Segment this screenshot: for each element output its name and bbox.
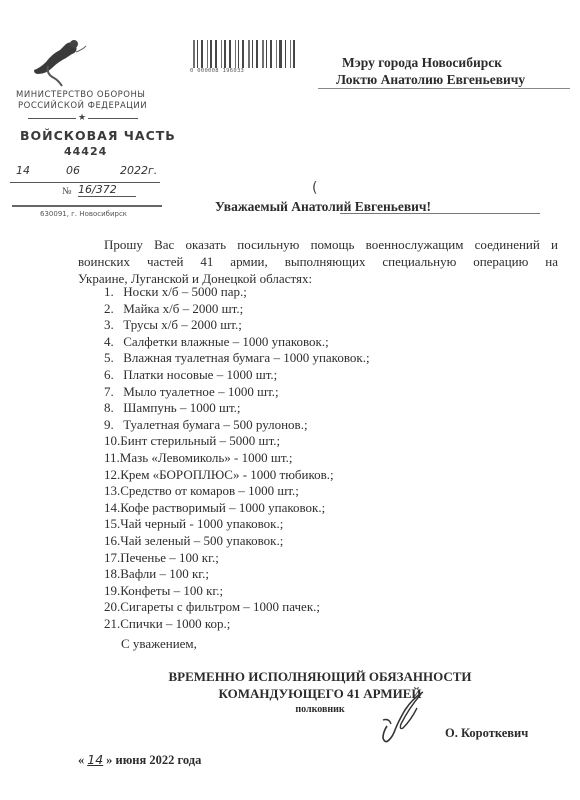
double-headed-eagle-emblem-icon [18, 38, 88, 90]
military-unit-title: ВОЙСКОВАЯ ЧАСТЬ [20, 128, 176, 143]
list-item-text: Мазь «Левомиколь» - 1000 шт.; [120, 450, 293, 465]
list-item-number: 21. [104, 616, 120, 633]
ministry-line-2: РОССИЙСКОЙ ФЕДЕРАЦИИ [18, 101, 147, 111]
list-item-number: 10. [104, 433, 120, 450]
ministry-line-1: МИНИСТЕРСТВО ОБОРОНЫ [16, 90, 145, 100]
signer-rank: полковник [80, 704, 560, 715]
list-item-number: 18. [104, 566, 120, 583]
stamp-date-month: 06 [66, 164, 80, 177]
list-item: 19.Конфеты – 100 кг.; [104, 583, 370, 600]
list-item-number: 3. [104, 317, 120, 334]
list-item-number: 8. [104, 400, 120, 417]
list-item-text: Чай зеленый – 500 упаковок.; [120, 533, 283, 548]
list-item-text: Вафли – 100 кг.; [120, 566, 209, 581]
handwritten-mark: ( [312, 180, 317, 196]
list-item-number: 7. [104, 384, 120, 401]
addressee-line-2: Локтю Анатолию Евгеньевичу [336, 71, 525, 88]
signer-name: О. Короткевич [445, 726, 528, 741]
postal-address: 630091, г. Новосибирск [40, 210, 127, 218]
signer-title: ВРЕМЕННО ИСПОЛНЯЮЩИЙ ОБЯЗАННОСТИ КОМАНДУ… [80, 668, 560, 702]
list-item-text: Конфеты – 100 кг.; [120, 583, 223, 598]
list-item: 14.Кофе растворимый – 1000 упаковок.; [104, 500, 370, 517]
stamp-bottom-rule [12, 205, 162, 207]
list-item-number: 13. [104, 483, 120, 500]
list-item-number: 20. [104, 599, 120, 616]
military-unit-number: 44424 [64, 145, 107, 158]
list-item-text: Туалетная бумага – 500 рулонов.; [123, 417, 307, 432]
list-item: 8. Шампунь – 1000 шт.; [104, 400, 370, 417]
handwritten-signature-icon [365, 690, 425, 752]
list-item-text: Шампунь – 1000 шт.; [123, 400, 240, 415]
closing-date: «14» июня 2022 года [78, 752, 201, 768]
registration-number: 16/372 [78, 183, 136, 197]
list-item: 10.Бинт стерильный – 5000 шт.; [104, 433, 370, 450]
signer-title-line-2: КОМАНДУЮЩЕГО 41 АРМИЕЙ [80, 685, 560, 702]
list-item: 17.Печенье – 100 кг.; [104, 550, 370, 567]
salutation-underline [340, 213, 540, 214]
list-item-number: 14. [104, 500, 120, 517]
list-item: 18.Вафли – 100 кг.; [104, 566, 370, 583]
list-item: 9. Туалетная бумага – 500 рулонов.; [104, 417, 370, 434]
list-item-number: 16. [104, 533, 120, 550]
list-item-text: Салфетки влажные – 1000 упаковок.; [123, 334, 328, 349]
list-item: 16.Чай зеленый – 500 упаковок.; [104, 533, 370, 550]
list-item: 21.Спички – 1000 кор.; [104, 616, 370, 633]
list-item: 20.Сигареты с фильтром – 1000 пачек.; [104, 599, 370, 616]
list-item-text: Сигареты с фильтром – 1000 пачек.; [120, 599, 320, 614]
request-list: 1. Носки х/б – 5000 пар.;2. Майка х/б – … [104, 284, 370, 632]
list-item-number: 12. [104, 467, 120, 484]
list-item-text: Чай черный - 1000 упаковок.; [120, 516, 283, 531]
addressee-block: Мэру города Новосибирск Локтю Анатолию Е… [336, 54, 525, 88]
list-item-number: 15. [104, 516, 120, 533]
closing-date-rest: » июня 2022 года [106, 753, 201, 767]
body-line-1: Прошу Вас оказать посильную помощь военн… [78, 236, 558, 253]
list-item-number: 6. [104, 367, 120, 384]
list-item-number: 2. [104, 301, 120, 318]
list-item: 11.Мазь «Левомиколь» - 1000 шт.; [104, 450, 370, 467]
closing-date-day: 14 [84, 752, 106, 767]
list-item-number: 1. [104, 284, 120, 301]
list-item-text: Средство от комаров – 1000 шт.; [120, 483, 299, 498]
list-item-text: Трусы х/б – 2000 шт.; [123, 317, 242, 332]
list-item: 15.Чай черный - 1000 упаковок.; [104, 516, 370, 533]
addressee-underline [318, 88, 570, 89]
registration-number-label: № [62, 186, 72, 197]
star-icon: ★ [76, 112, 88, 123]
list-item: 13.Средство от комаров – 1000 шт.; [104, 483, 370, 500]
list-item: 6. Платки носовые – 1000 шт.; [104, 367, 370, 384]
list-item: 5. Влажная туалетная бумага – 1000 упако… [104, 350, 370, 367]
regards: С уважением, [121, 636, 197, 652]
list-item-text: Влажная туалетная бумага – 1000 упаковок… [123, 350, 369, 365]
list-item-text: Печенье – 100 кг.; [120, 550, 219, 565]
list-item: 3. Трусы х/б – 2000 шт.; [104, 317, 370, 334]
letter-body: Прошу Вас оказать посильную помощь военн… [78, 236, 558, 287]
list-item-text: Бинт стерильный – 5000 шт.; [120, 433, 280, 448]
list-item-text: Носки х/б – 5000 пар.; [123, 284, 247, 299]
list-item: 1. Носки х/б – 5000 пар.; [104, 284, 370, 301]
list-item-number: 19. [104, 583, 120, 600]
list-item-text: Крем «БОРОПЛЮС» - 1000 тюбиков.; [120, 467, 333, 482]
signer-title-line-1: ВРЕМЕННО ИСПОЛНЯЮЩИЙ ОБЯЗАННОСТИ [80, 668, 560, 685]
stamp-date-year: 2022г. [120, 164, 157, 177]
barcode-digits: 0 000008 196033 [190, 68, 244, 74]
list-item: 7. Мыло туалетное – 1000 шт.; [104, 384, 370, 401]
list-item-text: Мыло туалетное – 1000 шт.; [123, 384, 278, 399]
list-item: 2. Майка х/б – 2000 шт.; [104, 301, 370, 318]
list-item-text: Кофе растворимый – 1000 упаковок.; [120, 500, 325, 515]
list-item-text: Майка х/б – 2000 шт.; [123, 301, 243, 316]
list-item-number: 9. [104, 417, 120, 434]
list-item-text: Платки носовые – 1000 шт.; [123, 367, 277, 382]
addressee-line-1: Мэру города Новосибирск [336, 54, 525, 71]
list-item-number: 17. [104, 550, 120, 567]
barcode-icon [193, 40, 297, 68]
list-item: 4. Салфетки влажные – 1000 упаковок.; [104, 334, 370, 351]
list-item-number: 4. [104, 334, 120, 351]
list-item-number: 5. [104, 350, 120, 367]
list-item: 12.Крем «БОРОПЛЮС» - 1000 тюбиков.; [104, 467, 370, 484]
stamp-date-day: 14 [16, 164, 30, 177]
list-item-text: Спички – 1000 кор.; [120, 616, 230, 631]
body-line-2: воинских частей 41 армии, выполняющих сп… [78, 253, 558, 270]
list-item-number: 11. [104, 450, 120, 467]
